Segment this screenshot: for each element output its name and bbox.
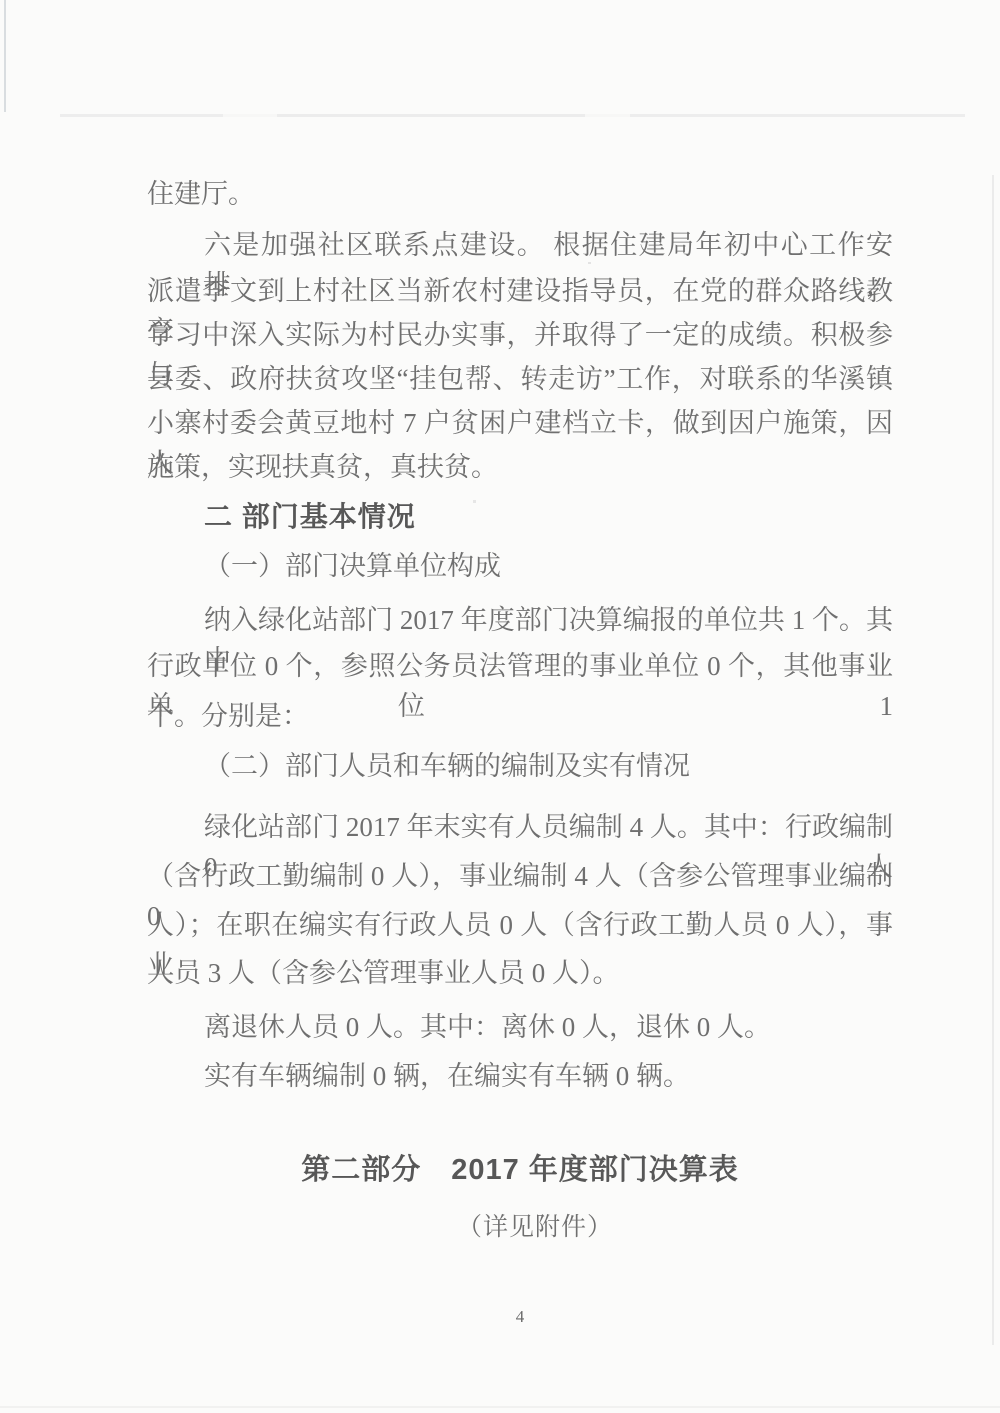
scan-edge-artifact	[992, 175, 994, 1345]
body-line: 绿化站部门 2017 年末实有人员编制 4 人。其中：行政编制 0 人	[147, 807, 893, 847]
body-line: 县委、政府扶贫攻坚“挂包帮、转走访”工作，对联系的华溪镇	[147, 359, 893, 399]
body-line: 派遣李文到上村社区当新农村建设指导员，在党的群众路线教育	[147, 271, 893, 311]
body-line: 实有车辆编制 0 辆，在编实有车辆 0 辆。	[147, 1056, 893, 1096]
scan-streak-artifact	[60, 114, 965, 117]
body-line: 住建厅。	[147, 174, 893, 214]
body-line: （二）部门人员和车辆的编制及实有情况	[147, 746, 893, 786]
body-line: 六是加强社区联系点建设。 根据住建局年初中心工作安排，	[147, 225, 893, 265]
body-line: 人）；在职在编实有行政人员 0 人（含行政工勤人员 0 人），事业	[147, 905, 893, 945]
body-line: 学习中深入实际为村民办实事，并取得了一定的成绩。积极参与	[147, 315, 893, 355]
part-title: 第二部分 2017 年度部门决算表	[147, 1150, 893, 1190]
body-line: 行政单位 0 个，参照公务员法管理的事业单位 0 个，其他事业单位 1	[147, 646, 893, 686]
page-number: 4	[147, 1303, 893, 1331]
body-line: 人员 3 人（含参公管理事业人员 0 人）。	[147, 953, 893, 993]
scan-edge-artifact	[0, 1406, 1000, 1408]
scan-edge-artifact	[4, 0, 6, 112]
section-heading: 二 部门基本情况	[147, 497, 893, 537]
body-line: 施策，实现扶真贫，真扶贫。	[147, 447, 893, 487]
body-line: （含行政工勤编制 0 人），事业编制 4 人（含参公管理事业编制 0	[147, 856, 893, 896]
body-line: （一）部门决算单位构成	[147, 546, 893, 586]
attachment-note: （详见附件）	[147, 1208, 893, 1248]
body-line: 离退休人员 0 人。其中：离休 0 人，退休 0 人。	[147, 1007, 893, 1047]
scanned-document-page: 住建厅。六是加强社区联系点建设。 根据住建局年初中心工作安排，派遣李文到上村社区…	[0, 0, 1000, 1413]
body-line: 纳入绿化站部门 2017 年度部门决算编报的单位共 1 个。其中：	[147, 600, 893, 640]
body-line: 个。分别是：	[147, 696, 893, 736]
body-line: 小寨村委会黄豆地村 7 户贫困户建档立卡，做到因户施策，因人	[147, 403, 893, 443]
